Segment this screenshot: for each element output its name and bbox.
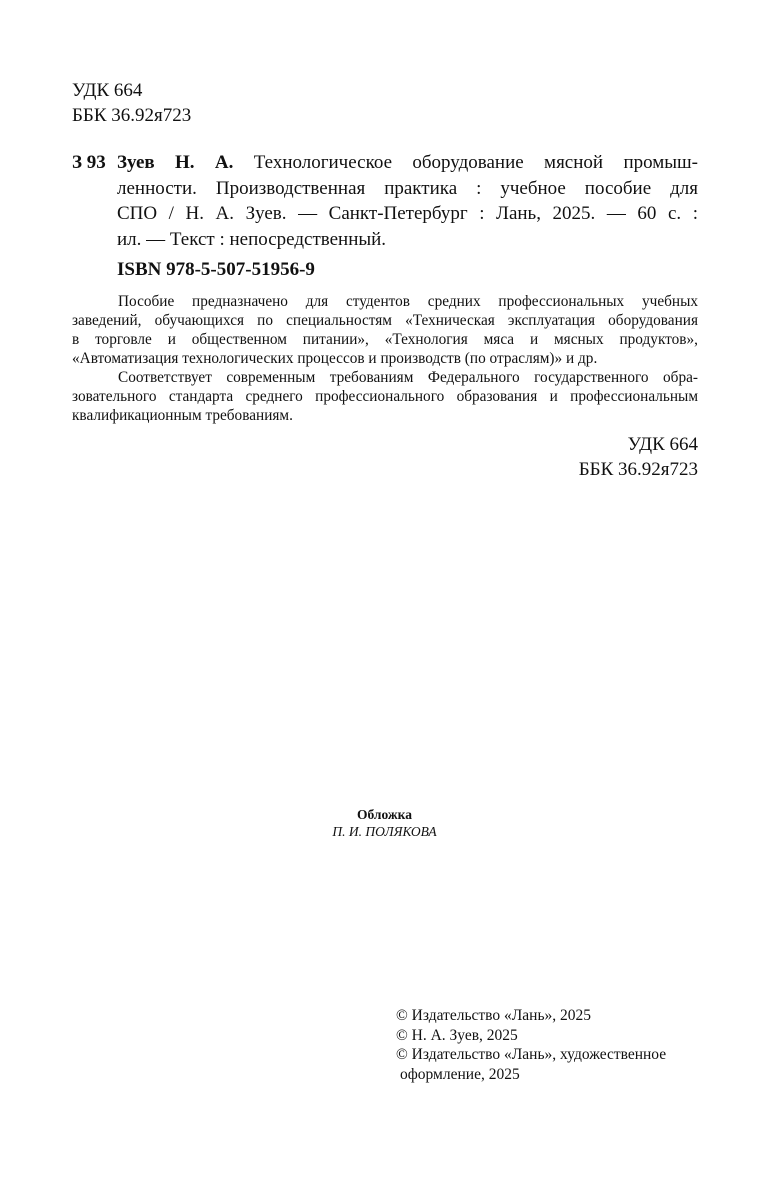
bbk-code: ББК 36.92я723	[72, 103, 191, 128]
abstract-line: квалификационным требованиям.	[72, 406, 698, 425]
abstract-line: Соответствует современным требованиям Фе…	[72, 368, 698, 387]
udk-code: УДК 664	[72, 78, 191, 103]
abstract-line: заведений, обучающихся по специальностям…	[72, 311, 698, 330]
abstract-line: в торговле и общественном питании», «Тех…	[72, 330, 698, 349]
abstract-line: зовательного стандарта среднего професси…	[72, 387, 698, 406]
entry-line: ленности. Производственная практика : уч…	[117, 176, 698, 202]
abstract-paragraph-1: Пособие предназначено для студентов сред…	[72, 292, 698, 368]
copyright-line: оформление, 2025	[396, 1065, 666, 1085]
author-name: Зуев Н. А.	[117, 152, 233, 173]
bibliographic-entry: Зуев Н. А. Технологическое оборудование …	[117, 150, 698, 252]
copyright-block: © Издательство «Лань», 2025 © Н. А. Зуев…	[396, 1006, 666, 1084]
bottom-classification: УДК 664 ББК 36.92я723	[579, 432, 698, 482]
udk-code: УДК 664	[579, 432, 698, 457]
top-classification: УДК 664 ББК 36.92я723	[72, 78, 191, 128]
author-code: З 93	[72, 150, 106, 175]
entry-line: Зуев Н. А. Технологическое оборудование …	[117, 150, 698, 176]
abstract-line: Пособие предназначено для студентов сред…	[72, 292, 698, 311]
copyright-line: © Издательство «Лань», 2025	[396, 1006, 666, 1026]
cover-designer: П. И. ПОЛЯКОВА	[0, 823, 769, 840]
isbn: ISBN 978-5-507-51956-9	[117, 257, 315, 282]
abstract-paragraph-2: Соответствует современным требованиям Фе…	[72, 368, 698, 425]
cover-credit: Обложка П. И. ПОЛЯКОВА	[0, 806, 769, 840]
copyright-line: © Н. А. Зуев, 2025	[396, 1026, 666, 1046]
cover-label: Обложка	[0, 806, 769, 823]
bbk-code: ББК 36.92я723	[579, 457, 698, 482]
entry-line: ил. — Текст : непосредственный.	[117, 227, 698, 253]
abstract: Пособие предназначено для студентов сред…	[72, 292, 698, 425]
abstract-line: «Автоматизация технологических процессов…	[72, 349, 698, 368]
copyright-line: © Издательство «Лань», художественное	[396, 1045, 666, 1065]
entry-line: СПО / Н. А. Зуев. — Санкт-Петербург : Ла…	[117, 201, 698, 227]
